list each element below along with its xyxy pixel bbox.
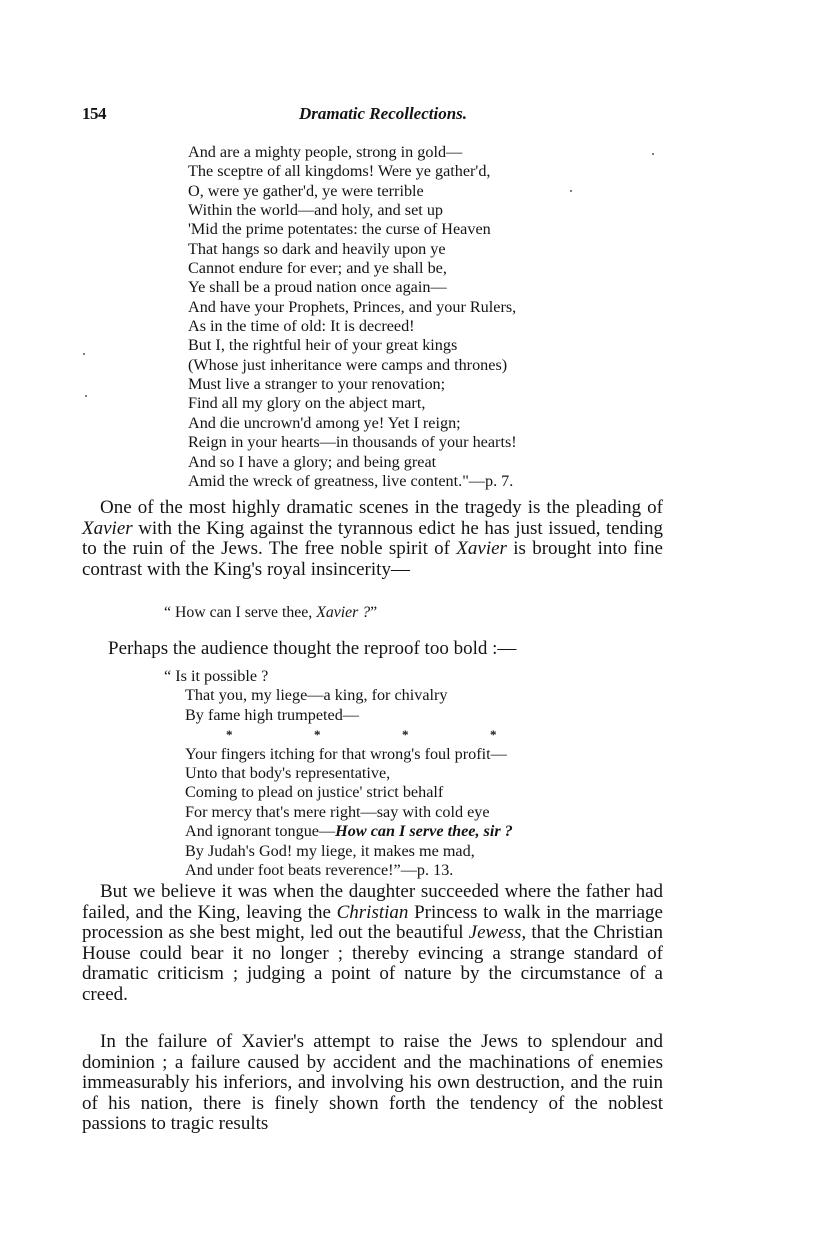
verse-quotation-2: “ Is it possible ? That you, my liege—a … <box>164 667 578 880</box>
text-run: And ignorant tongue— <box>185 822 335 840</box>
emphasis-text: How can I serve thee, sir ? <box>335 822 513 840</box>
paragraph: One of the most highly dramatic scenes i… <box>82 498 663 580</box>
verse-line: “ Is it possible ? <box>164 667 578 686</box>
running-head: 154 Dramatic Recollections. <box>82 104 664 126</box>
verse-quotation-1: And are a mighty people, strong in gold—… <box>188 143 517 491</box>
verse-line: Amid the wreck of greatness, live conten… <box>188 472 517 491</box>
italic-name: Xavier ? <box>316 604 370 621</box>
verse-line: O, were ye gather'd, ye were terrible <box>188 182 517 201</box>
verse-line: Find all my glory on the abject mart, <box>188 394 517 413</box>
verse-line: By fame high trumpeted— <box>164 706 578 725</box>
asterisk: * <box>490 725 578 744</box>
verse-line: Reign in your hearts—in thousands of you… <box>188 433 517 452</box>
verse-line: That you, my liege—a king, for chivalry <box>164 686 578 705</box>
scan-speck <box>570 190 572 192</box>
text-run: ” <box>370 604 377 621</box>
text-run: One of the most highly dramatic scenes i… <box>100 497 663 518</box>
verse-line: (Whose just inheritance were camps and t… <box>188 356 517 375</box>
paragraph: But we believe it was when the daughter … <box>82 882 663 1005</box>
verse-line: And have your Prophets, Princes, and you… <box>188 298 517 317</box>
italic-name: Xavier <box>82 518 133 539</box>
body-paragraph-1: One of the most highly dramatic scenes i… <box>82 498 663 580</box>
asterisk: * <box>226 725 314 744</box>
italic-word: Christian <box>337 902 409 923</box>
verse-line: And under foot beats reverence!”—p. 13. <box>164 861 578 880</box>
short-quotation: “ How can I serve thee, Xavier ?” <box>164 604 377 622</box>
verse-line: Your fingers itching for that wrong's fo… <box>164 745 578 764</box>
verse-line: 'Mid the prime potentates: the curse of … <box>188 220 517 239</box>
body-paragraph-3: In the failure of Xavier's attempt to ra… <box>82 1032 663 1135</box>
lead-in-sentence: Perhaps the audience thought the reproof… <box>108 638 516 660</box>
italic-word: Jewess, <box>469 922 527 943</box>
scan-speck <box>85 395 87 397</box>
italic-name: Xavier <box>456 538 507 559</box>
verse-line: And die uncrown'd among ye! Yet I reign; <box>188 414 517 433</box>
verse-line: But I, the rightful heir of your great k… <box>188 336 517 355</box>
scan-speck <box>652 153 654 155</box>
body-paragraph-2: But we believe it was when the daughter … <box>82 882 663 1005</box>
verse-line: And are a mighty people, strong in gold— <box>188 143 517 162</box>
verse-line: Coming to plead on justice' strict behal… <box>164 783 578 802</box>
ellipsis-stars: **** <box>164 725 578 744</box>
verse-line: Cannot endure for ever; and ye shall be, <box>188 259 517 278</box>
verse-line: The sceptre of all kingdoms! Were ye gat… <box>188 162 517 181</box>
verse-line: For mercy that's mere right—say with col… <box>164 803 578 822</box>
book-page: 154 Dramatic Recollections. And are a mi… <box>0 0 815 1250</box>
asterisk: * <box>314 725 402 744</box>
verse-line: And so I have a glory; and being great <box>188 453 517 472</box>
verse-line: By Judah's God! my liege, it makes me ma… <box>164 842 578 861</box>
paragraph: In the failure of Xavier's attempt to ra… <box>82 1032 663 1135</box>
running-title: Dramatic Recollections. <box>82 104 664 124</box>
verse-line: Unto that body's representative, <box>164 764 578 783</box>
verse-line: As in the time of old: It is decreed! <box>188 317 517 336</box>
verse-line: Must live a stranger to your renovation; <box>188 375 517 394</box>
verse-line: That hangs so dark and heavily upon ye <box>188 240 517 259</box>
scan-speck <box>83 353 85 355</box>
text-run: “ How can I serve thee, <box>164 604 316 621</box>
verse-line: And ignorant tongue—How can I serve thee… <box>164 822 578 841</box>
verse-line: Ye shall be a proud nation once again— <box>188 278 517 297</box>
verse-line: Within the world—and holy, and set up <box>188 201 517 220</box>
asterisk: * <box>402 725 490 744</box>
